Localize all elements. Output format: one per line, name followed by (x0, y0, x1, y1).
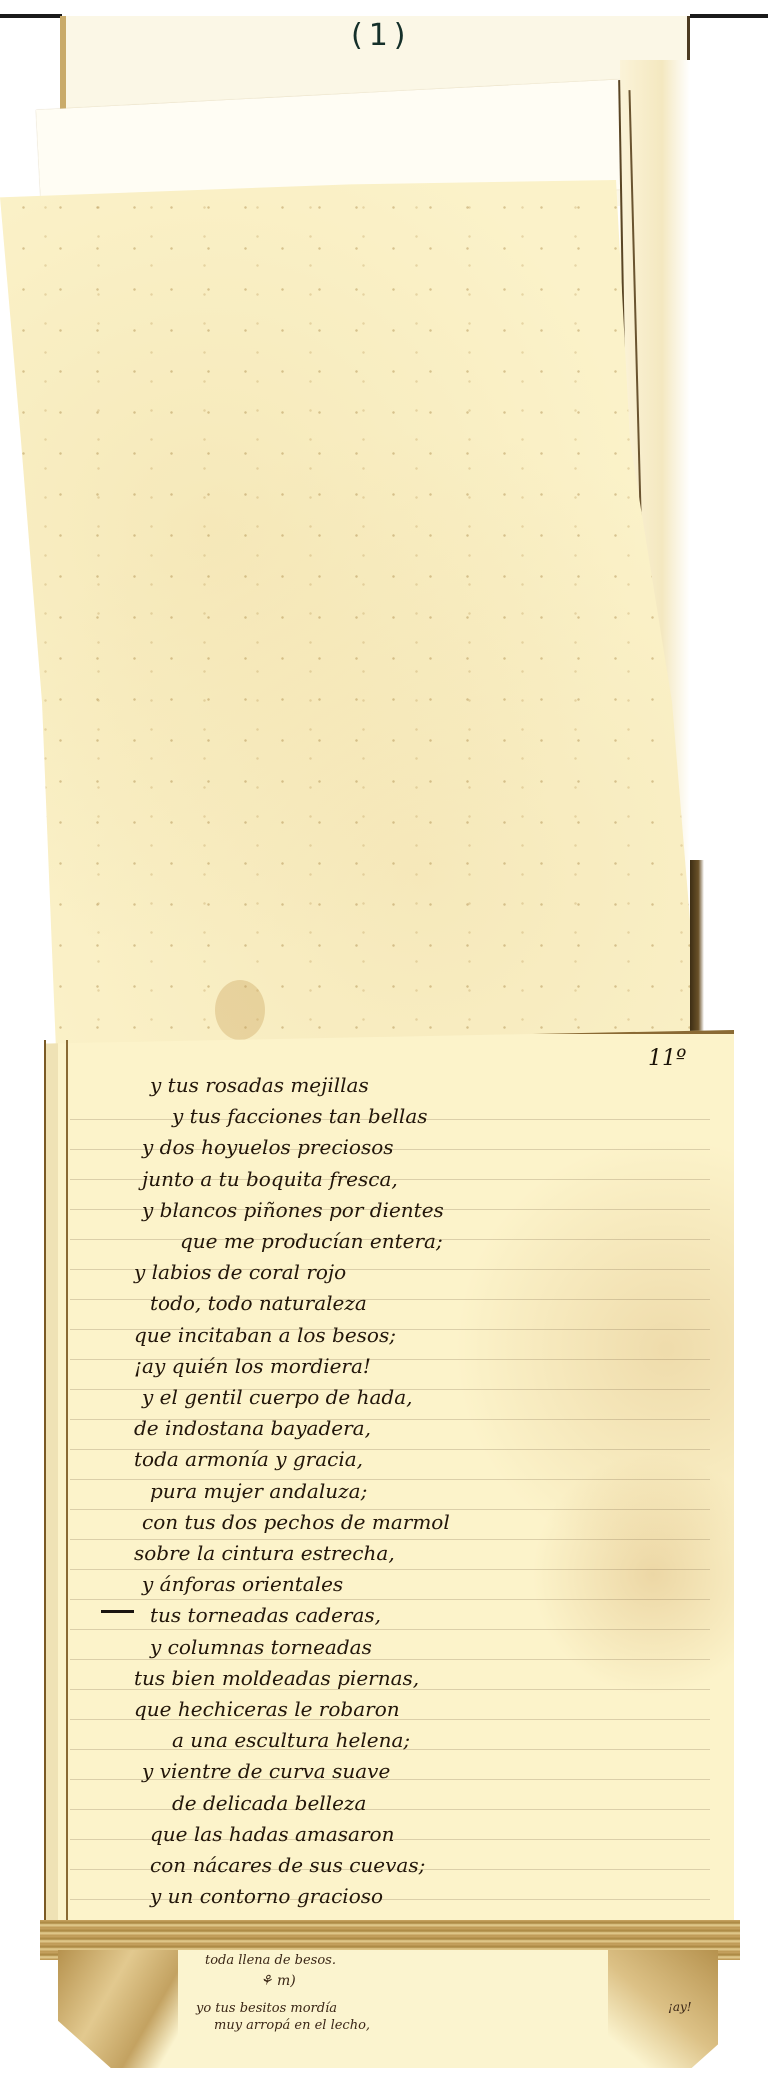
poem-line: que las hadas amasaron (150, 1819, 690, 1850)
poem-line: y ánforas orientales (142, 1569, 690, 1600)
flap-note: yo tus besitos mordía (196, 2001, 337, 2016)
top-border-right (690, 14, 768, 18)
fold-crease-left (58, 1950, 178, 2068)
poem-line: a una escultura helena; (150, 1725, 690, 1756)
poem-line: junto a tu boquita fresca, (142, 1164, 690, 1195)
poem-line: y blancos piñones por dientes (142, 1195, 690, 1226)
upper-blank-page (0, 180, 700, 1050)
flap-note: ⚘ m) (260, 1973, 296, 1989)
margin-mark (101, 1610, 134, 1613)
flap-note: ¡ay! (668, 2000, 692, 2014)
notebook-spine (44, 1040, 68, 1940)
poem-line: pura mujer andaluza; (150, 1476, 690, 1507)
page-number: 11º (648, 1046, 686, 1071)
folio-mark: (1) (351, 18, 412, 53)
poem-line: y tus rosadas mejillas (150, 1070, 690, 1101)
poem-line: tus bien moldeadas piernas, (134, 1663, 690, 1694)
poem-line: con nácares de sus cuevas; (150, 1850, 690, 1881)
water-stain (215, 980, 265, 1040)
poem-line: y labios de coral rojo (134, 1257, 690, 1288)
poem-line: y tus facciones tan bellas (150, 1101, 690, 1132)
poem-line: que hechiceras le robaron (134, 1694, 690, 1725)
poem-line: que me producían entera; (150, 1226, 690, 1257)
fold-crease-right (608, 1950, 718, 2068)
poem-line: todo, todo naturaleza (150, 1288, 690, 1319)
poem-line: tus torneadas caderas, (150, 1600, 690, 1631)
poem-line: con tus dos pechos de marmol (142, 1507, 690, 1538)
poem-line: y el gentil cuerpo de hada, (142, 1382, 690, 1413)
poem-line: y vientre de curva suave (142, 1756, 690, 1787)
poem-line: ¡ay quién los mordiera! (134, 1351, 690, 1382)
poem-line: que incitaban a los besos; (134, 1320, 690, 1351)
poem-text: y tus rosadas mejillas y tus facciones t… (150, 1070, 690, 1912)
poem-line: sobre la cintura estrecha, (134, 1538, 690, 1569)
poem-line: de delicada belleza (150, 1788, 690, 1819)
folded-bottom-flap (58, 1950, 718, 2068)
poem-line: y columnas torneadas (150, 1632, 690, 1663)
flap-note: toda llena de besos. (205, 1953, 336, 1968)
poem-line: y dos hoyuelos preciosos (142, 1132, 690, 1163)
top-border-left (0, 14, 62, 18)
flap-note: muy arropá en el lecho, (214, 2018, 370, 2033)
poem-line: y un contorno gracioso (150, 1881, 690, 1912)
poem-line: toda armonía y gracia, (134, 1444, 690, 1475)
poem-line: de indostana bayadera, (134, 1413, 690, 1444)
